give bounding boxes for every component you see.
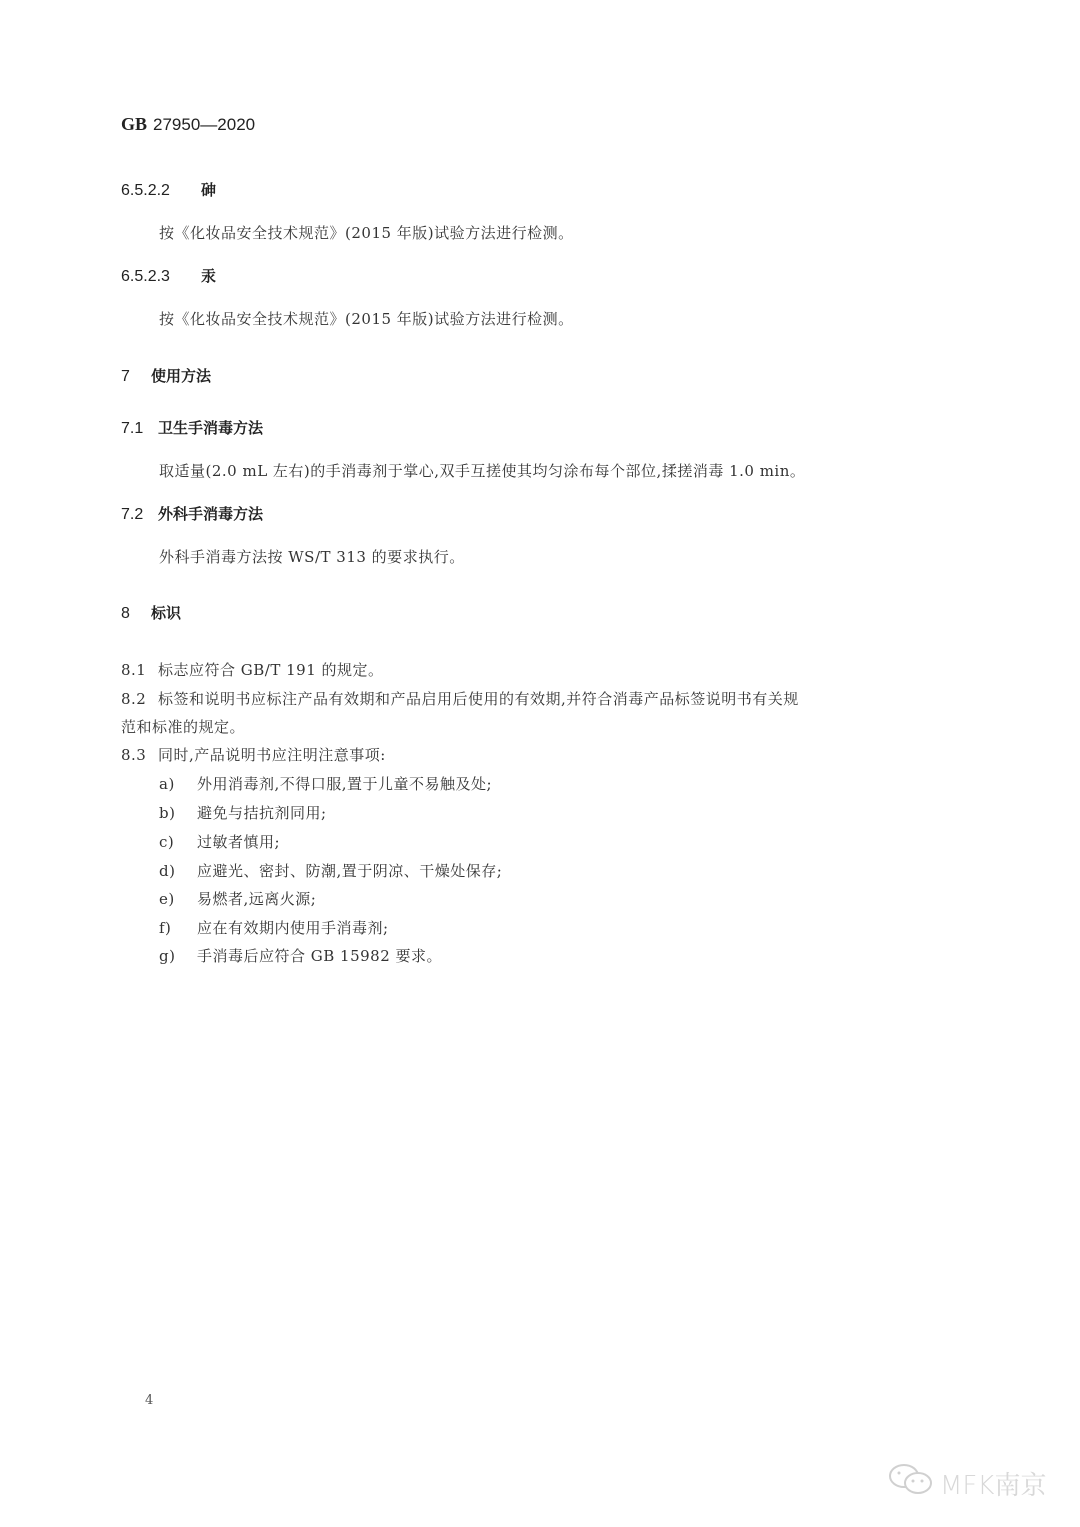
list-item: a)外用消毒剂,不得口服,置于儿童不易触及处; <box>159 773 492 794</box>
paragraph-7-2: 外科手消毒方法按 WS/T 313 的要求执行。 <box>159 546 465 567</box>
list-item: g)手消毒后应符合 GB 15982 要求。 <box>159 945 442 966</box>
heading-7-2: 7.2外科手消毒方法 <box>121 503 263 524</box>
list-item: f)应在有效期内使用手消毒剂; <box>159 917 389 938</box>
paragraph-6-5-2-2: 按《化妆品安全技术规范》(2015 年版)试验方法进行检测。 <box>159 222 574 243</box>
clause-8-3: 8.3同时,产品说明书应注明注意事项: <box>121 744 386 765</box>
heading-8: 8标识 <box>121 602 181 623</box>
list-item: b)避免与拮抗剂同用; <box>159 802 327 823</box>
heading-7: 7使用方法 <box>121 365 211 386</box>
list-item: e)易燃者,远离火源; <box>159 888 316 909</box>
paragraph-6-5-2-3: 按《化妆品安全技术规范》(2015 年版)试验方法进行检测。 <box>159 308 574 329</box>
heading-6-5-2-3: 6.5.2.3汞 <box>121 265 216 286</box>
watermark: MFK南京 <box>888 1463 1046 1504</box>
paragraph-7-1: 取适量(2.0 mL 左右)的手消毒剂于掌心,双手互搓使其均匀涂布每个部位,揉搓… <box>159 460 805 481</box>
list-item: d)应避光、密封、防潮,置于阴凉、干燥处保存; <box>159 860 502 881</box>
heading-7-1: 7.1卫生手消毒方法 <box>121 417 263 438</box>
page-number: 4 <box>145 1393 153 1408</box>
standard-number: 27950—2020 <box>153 115 255 134</box>
clause-8-2-continued: 范和标准的规定。 <box>121 716 245 737</box>
clause-8-1: 8.1标志应符合 GB/T 191 的规定。 <box>121 659 384 680</box>
watermark-text: MFK南京 <box>940 1465 1046 1502</box>
heading-6-5-2-2: 6.5.2.2砷 <box>121 179 216 200</box>
standard-prefix: GB <box>121 114 147 134</box>
standard-code: GB27950—2020 <box>121 114 255 135</box>
wechat-icon <box>888 1463 934 1504</box>
list-item: c)过敏者慎用; <box>159 831 280 852</box>
clause-8-2: 8.2标签和说明书应标注产品有效期和产品启用后使用的有效期,并符合消毒产品标签说… <box>121 688 799 709</box>
